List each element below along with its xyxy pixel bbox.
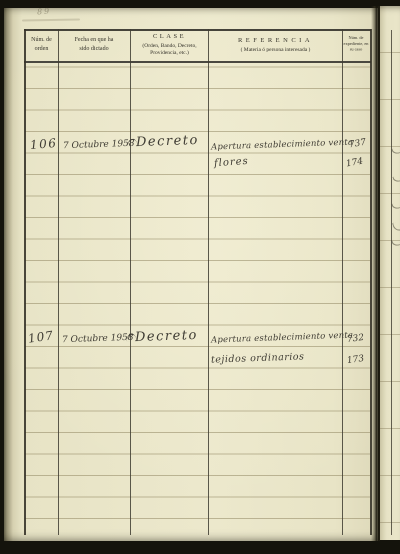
adjacent-page-column-line	[391, 30, 392, 535]
scanned-register-page: 89 Núm. de orden Fecha en que ha sido di…	[0, 0, 400, 554]
entry-106-num: 106	[29, 136, 58, 152]
header-fecha: Fecha en que ha sido dictado	[59, 31, 129, 59]
header-referencia-subtitle: ( Materia ó persona interesada )	[241, 47, 311, 54]
book-gutter-shadow	[371, 6, 380, 541]
header-num-orden: Núm. de orden	[25, 31, 58, 59]
column-divider-fecha-clase	[130, 29, 131, 535]
column-divider-num-fecha	[58, 29, 59, 535]
header-referencia: REFERENCIA ( Materia ó persona interesad…	[209, 31, 342, 59]
entry-106-clase: Decreto	[136, 133, 199, 150]
header-clase: CLASE (Orden, Bando, Decreto, Providenci…	[131, 31, 208, 59]
header-clase-title: CLASE	[153, 32, 186, 41]
entry-107-clase: Decreto	[135, 328, 198, 345]
ruled-lines	[25, 46, 370, 533]
column-divider-clase-referencia	[208, 29, 209, 535]
adjacent-page-edge	[380, 6, 400, 540]
header-clase-subtitle: (Orden, Bando, Decreto, Providencia, etc…	[131, 43, 208, 58]
table-left-border	[24, 29, 26, 535]
header-expediente: Núm. de expediente, en su caso	[341, 31, 371, 59]
pencil-note: 89	[37, 7, 52, 17]
header-referencia-title: REFERENCIA	[238, 36, 313, 45]
header-expediente-text: Núm. de expediente, en su caso	[342, 37, 371, 54]
column-divider-referencia-expediente	[342, 29, 343, 535]
